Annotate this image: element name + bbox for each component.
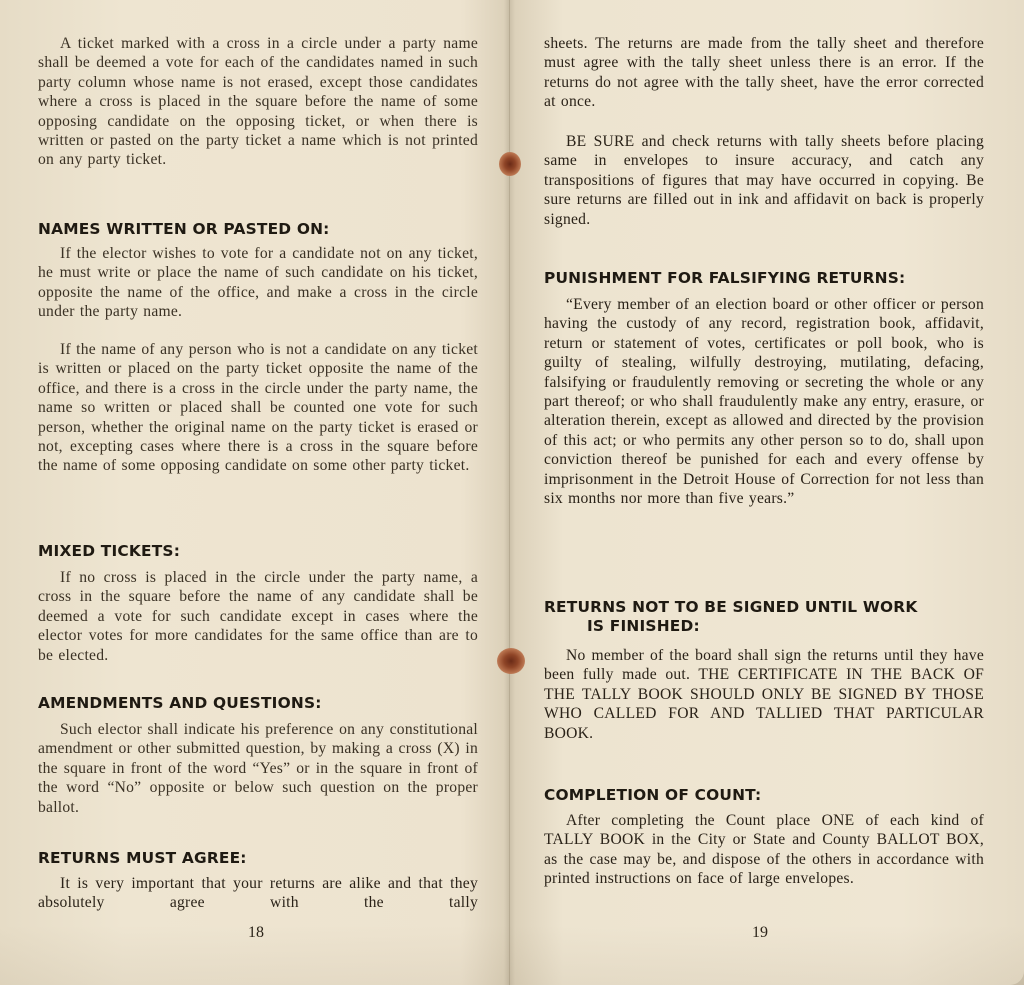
intro-paragraph: A ticket marked with a cross in a circle… — [38, 34, 478, 170]
paragraph-mixed-tickets: If no cross is placed in the circle unde… — [38, 568, 478, 665]
paragraph-amendments: Such elector shall indicate his preferen… — [38, 720, 478, 817]
section-heading-completion-of-count: COMPLETION OF COUNT: — [544, 786, 984, 805]
heading-line-2: IS FINISHED: — [544, 617, 984, 636]
paragraph-completion-of-count: After completing the Count place ONE of … — [544, 811, 984, 889]
paragraph-continuation: sheets. The returns are made from the ta… — [544, 34, 984, 112]
paragraph-returns-must-agree: It is very important that your returns a… — [38, 874, 478, 913]
section-heading-returns-must-agree: RETURNS MUST AGREE: — [38, 849, 478, 868]
heading-line-1: RETURNS NOT TO BE SIGNED UNTIL WORK — [544, 598, 917, 616]
paragraph-returns-not-signed: No member of the board shall sign the re… — [544, 646, 984, 743]
section-heading-mixed-tickets: MIXED TICKETS: — [38, 542, 478, 561]
paragraph-names-written-1: If the elector wishes to vote for a cand… — [38, 244, 478, 322]
staple-top — [499, 152, 521, 176]
section-heading-amendments: AMENDMENTS AND QUESTIONS: — [38, 694, 478, 713]
section-heading-names-written: NAMES WRITTEN OR PASTED ON: — [38, 220, 478, 239]
section-heading-punishment: PUNISHMENT FOR FALSIFYING RETURNS: — [544, 269, 984, 288]
booklet-spread: A ticket marked with a cross in a circle… — [0, 0, 1024, 985]
staple-bottom — [497, 648, 525, 674]
paragraph-punishment: “Every member of an election board or ot… — [544, 295, 984, 508]
page-number-left: 18 — [248, 924, 264, 942]
paragraph-be-sure: BE SURE and check returns with tally she… — [544, 132, 984, 229]
binding-gutter — [509, 0, 510, 985]
page-number-right: 19 — [752, 924, 768, 942]
section-heading-returns-not-signed: RETURNS NOT TO BE SIGNED UNTIL WORK IS F… — [544, 598, 984, 636]
paragraph-names-written-2: If the name of any person who is not a c… — [38, 340, 478, 476]
